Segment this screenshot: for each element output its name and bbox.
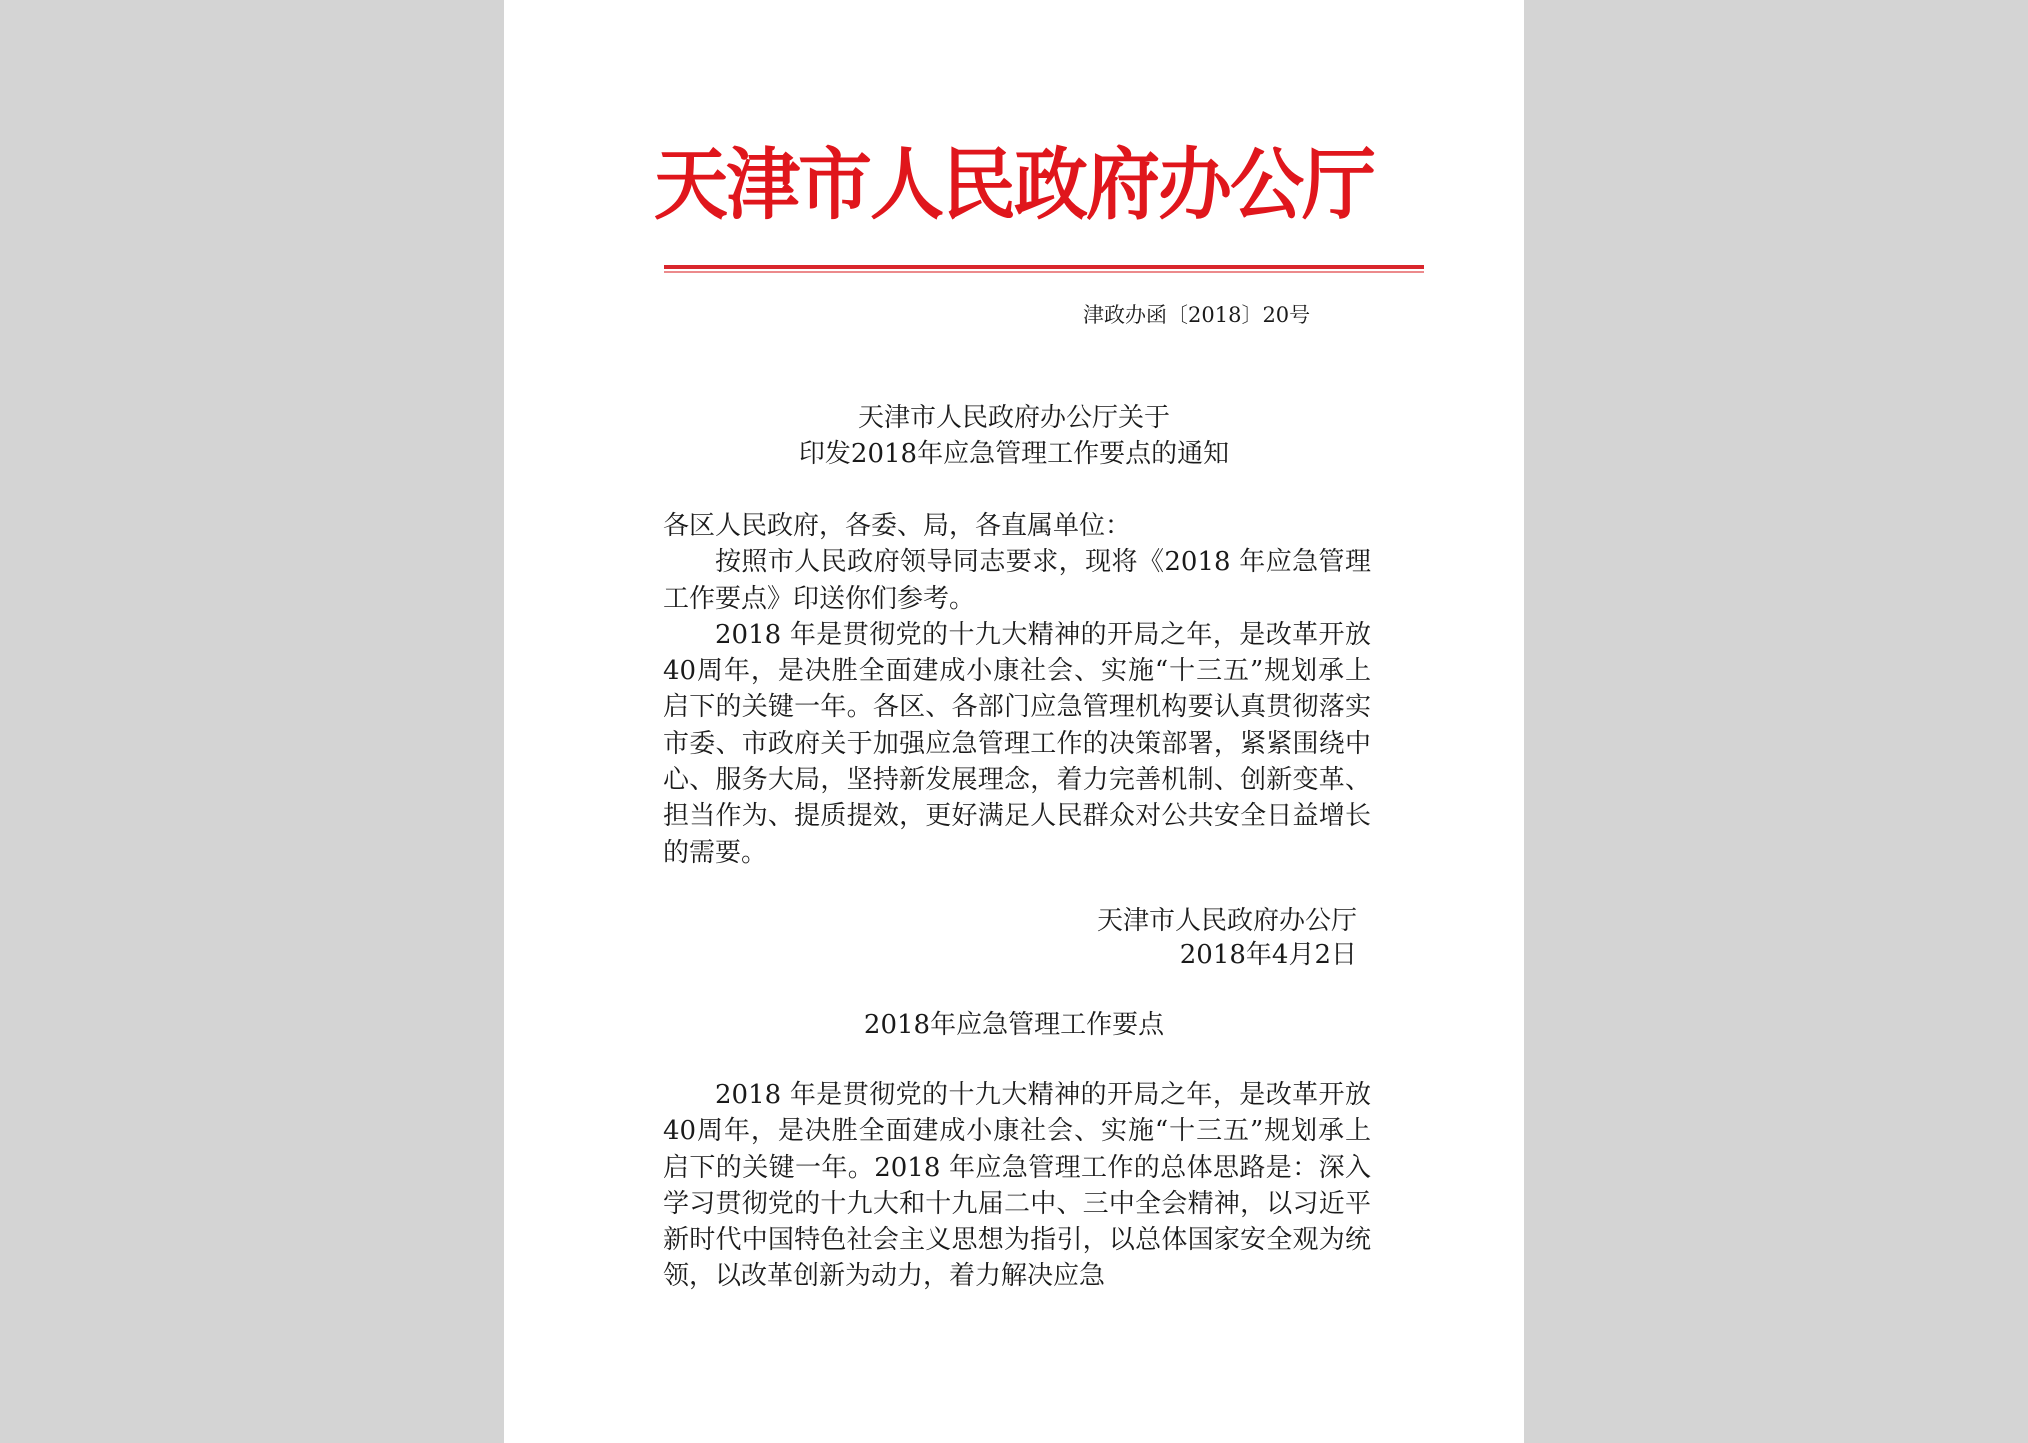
signature-date: 2018年4月2日 — [1180, 938, 1357, 972]
document-number: 津政办函〔2018〕20号 — [1083, 302, 1310, 328]
masthead-red-rule — [664, 265, 1424, 269]
masthead-red-rule-thin — [664, 271, 1424, 273]
signature-issuer: 天津市人民政府办公厅 — [1097, 904, 1357, 938]
document-page: 天津市人民政府办公厅 津政办函〔2018〕20号 天津市人民政府办公厅关于 印发… — [504, 0, 1524, 1443]
salutation: 各区人民政府，各委、局，各直属单位： — [663, 508, 1371, 544]
body-paragraph: 按照市人民政府领导同志要求，现将《2018 年应急管理工作要点》印送你们参考。 — [663, 544, 1371, 617]
notice-body: 各区人民政府，各委、局，各直属单位： 按照市人民政府领导同志要求，现将《2018… — [663, 508, 1371, 871]
attachment-body: 2018 年是贯彻党的十九大精神的开局之年，是改革开放40周年，是决胜全面建成小… — [663, 1077, 1371, 1295]
notice-title-line1: 天津市人民政府办公厅关于 — [504, 401, 1524, 435]
attachment-title: 2018年应急管理工作要点 — [504, 1008, 1524, 1042]
attachment-paragraph: 2018 年是贯彻党的十九大精神的开局之年，是改革开放40周年，是决胜全面建成小… — [663, 1077, 1371, 1295]
notice-title-line2: 印发2018年应急管理工作要点的通知 — [504, 437, 1524, 471]
masthead-title: 天津市人民政府办公厅 — [504, 138, 1524, 233]
body-paragraph: 2018 年是贯彻党的十九大精神的开局之年，是改革开放40周年，是决胜全面建成小… — [663, 617, 1371, 871]
